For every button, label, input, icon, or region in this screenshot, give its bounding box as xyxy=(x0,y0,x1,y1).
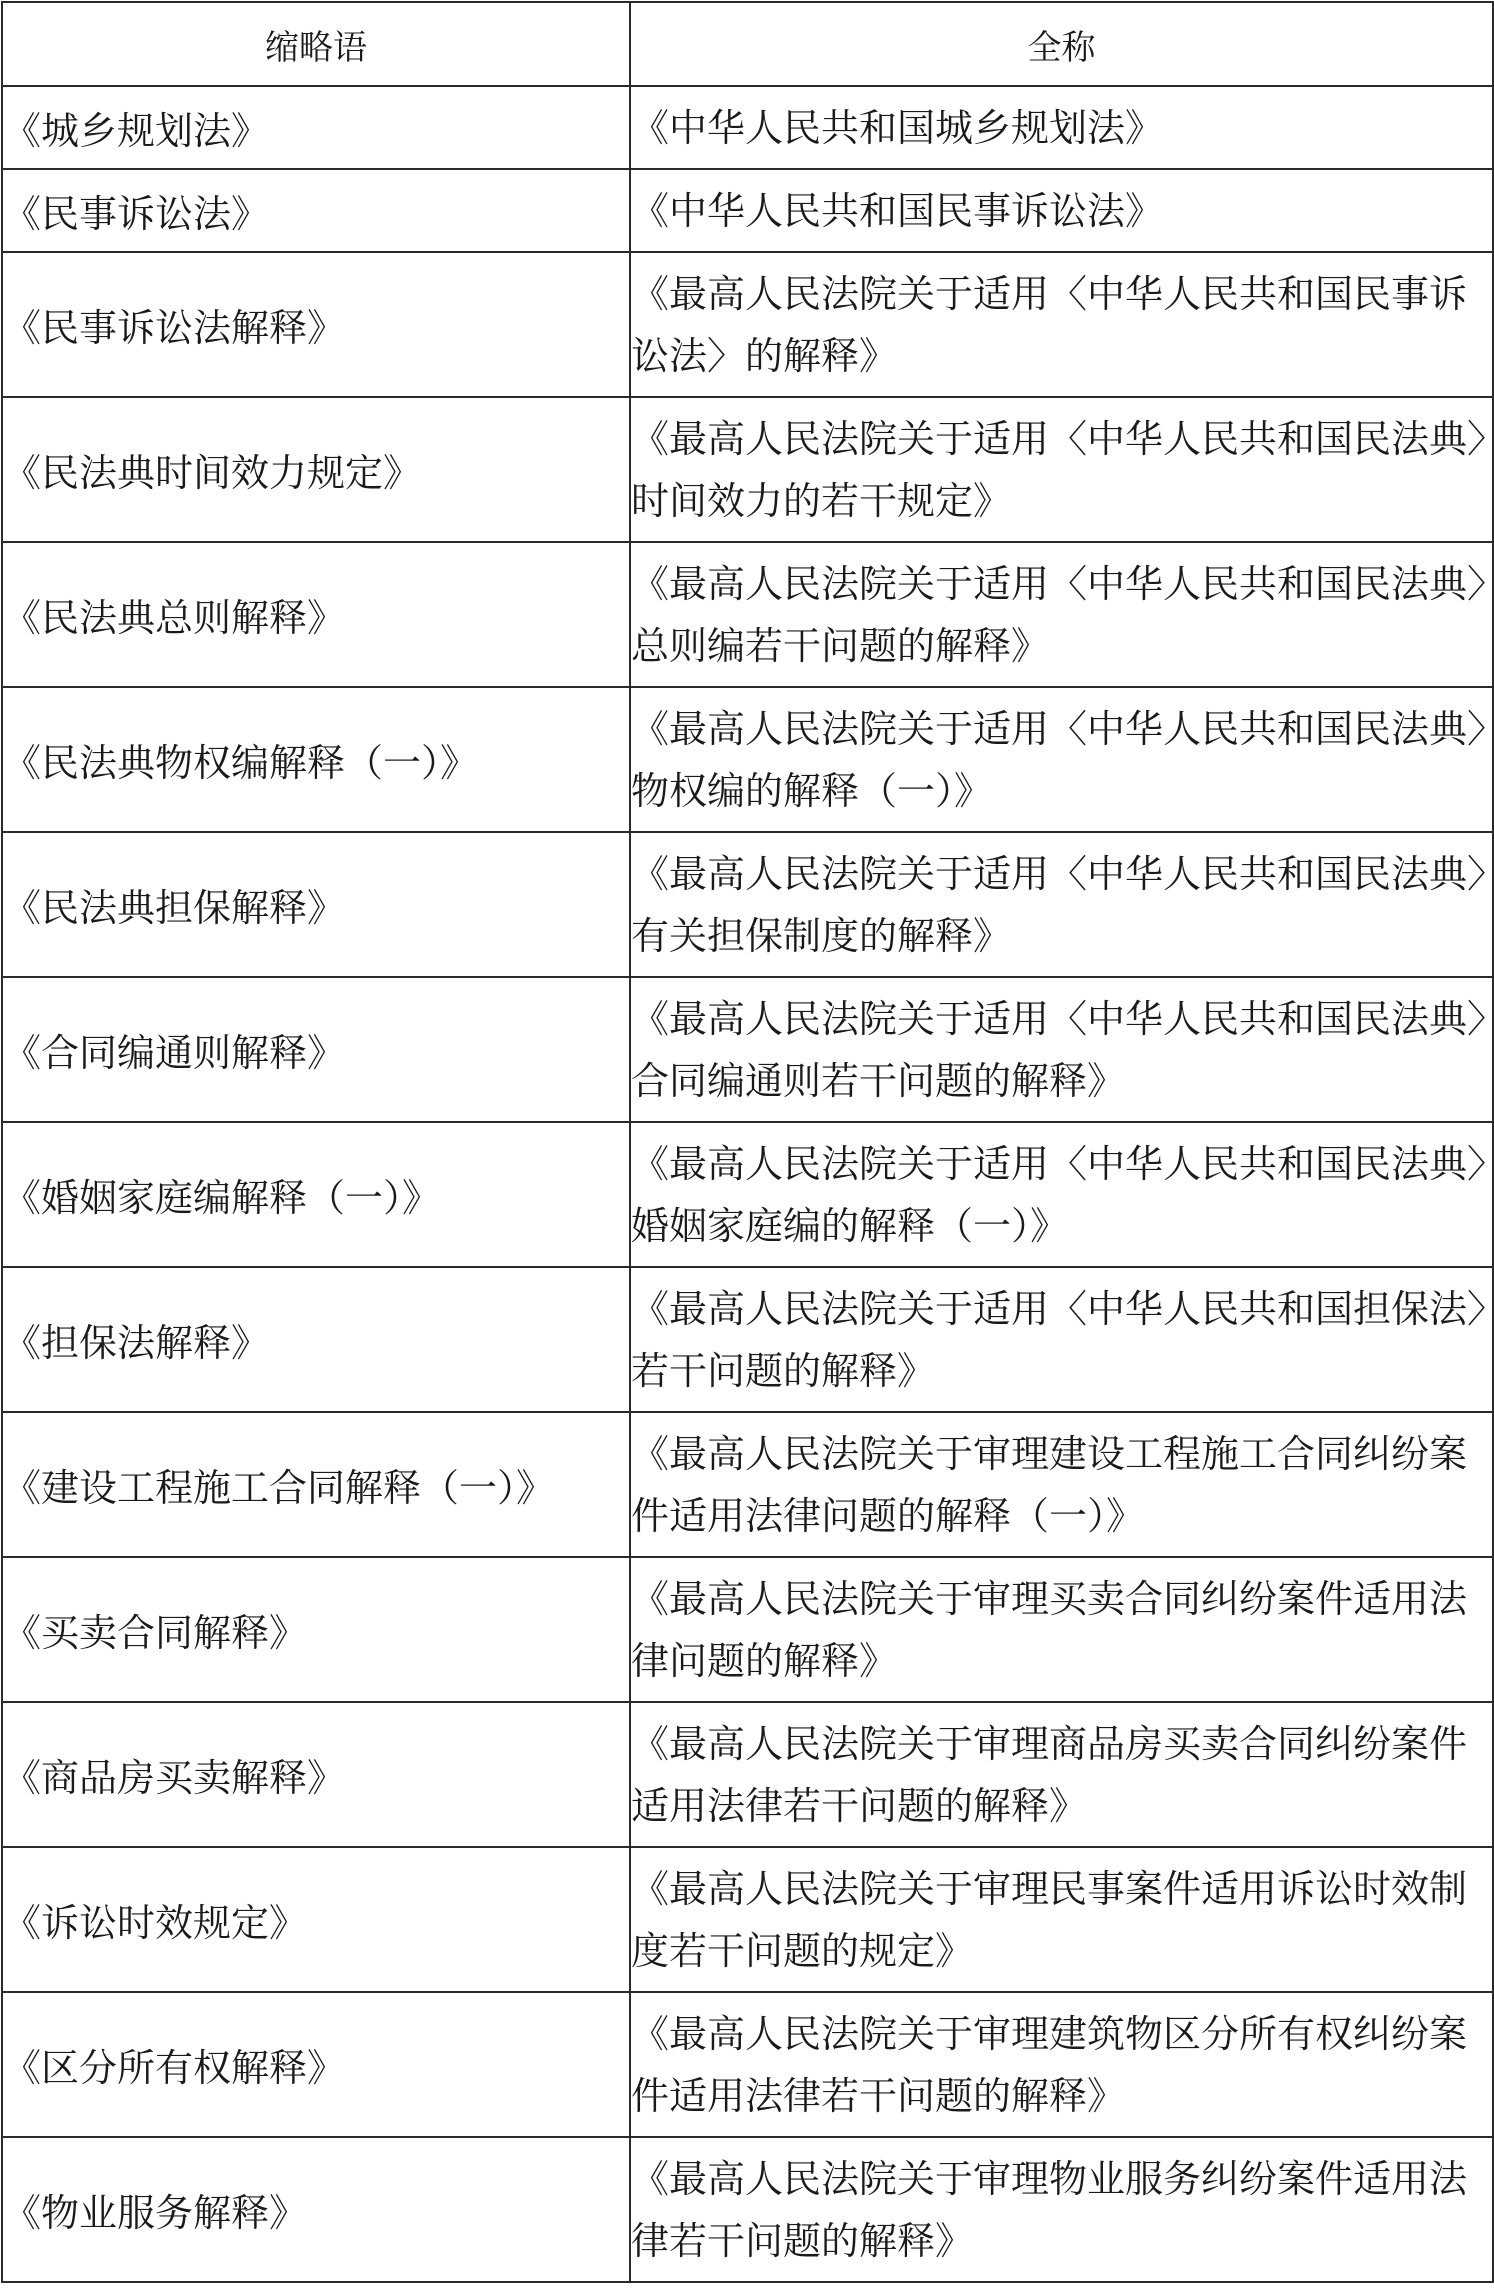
full-name-cell: 《中华人民共和国民事诉讼法》 xyxy=(630,169,1493,252)
full-name-cell: 《最高人民法院关于适用〈中华人民共和国民事诉讼法〉的解释》 xyxy=(630,252,1493,397)
abbreviation-cell: 《建设工程施工合同解释（一）》 xyxy=(2,1412,630,1557)
table-row: 《区分所有权解释》 《最高人民法院关于审理建筑物区分所有权纠纷案件适用法律若干问… xyxy=(2,1992,1493,2137)
abbreviation-cell: 《民法典时间效力规定》 xyxy=(2,397,630,542)
abbreviation-cell: 《物业服务解释》 xyxy=(2,2137,630,2282)
abbreviation-cell: 《民事诉讼法》 xyxy=(2,169,630,252)
table-row: 《民事诉讼法解释》 《最高人民法院关于适用〈中华人民共和国民事诉讼法〉的解释》 xyxy=(2,252,1493,397)
table-row: 《民法典物权编解释（一）》 《最高人民法院关于适用〈中华人民共和国民法典〉物权编… xyxy=(2,687,1493,832)
abbreviation-cell: 《民法典物权编解释（一）》 xyxy=(2,687,630,832)
abbreviation-cell: 《城乡规划法》 xyxy=(2,86,630,169)
table-row: 《买卖合同解释》 《最高人民法院关于审理买卖合同纠纷案件适用法律问题的解释》 xyxy=(2,1557,1493,1702)
full-name-cell: 《最高人民法院关于适用〈中华人民共和国民法典〉有关担保制度的解释》 xyxy=(630,832,1493,977)
abbreviation-table: 缩略语 全称 《城乡规划法》 《中华人民共和国城乡规划法》 《民事诉讼法》 《中… xyxy=(1,1,1494,2283)
table-row: 《建设工程施工合同解释（一）》 《最高人民法院关于审理建设工程施工合同纠纷案件适… xyxy=(2,1412,1493,1557)
table-row: 《合同编通则解释》 《最高人民法院关于适用〈中华人民共和国民法典〉合同编通则若干… xyxy=(2,977,1493,1122)
abbreviation-cell: 《民事诉讼法解释》 xyxy=(2,252,630,397)
abbreviation-cell: 《诉讼时效规定》 xyxy=(2,1847,630,1992)
table-header-row: 缩略语 全称 xyxy=(2,2,1493,86)
full-name-cell: 《最高人民法院关于审理物业服务纠纷案件适用法律若干问题的解释》 xyxy=(630,2137,1493,2282)
full-name-cell: 《最高人民法院关于适用〈中华人民共和国民法典〉婚姻家庭编的解释（一）》 xyxy=(630,1122,1493,1267)
table-row: 《商品房买卖解释》 《最高人民法院关于审理商品房买卖合同纠纷案件适用法律若干问题… xyxy=(2,1702,1493,1847)
table-row: 《民事诉讼法》 《中华人民共和国民事诉讼法》 xyxy=(2,169,1493,252)
full-name-cell: 《最高人民法院关于审理民事案件适用诉讼时效制度若干问题的规定》 xyxy=(630,1847,1493,1992)
abbreviation-cell: 《买卖合同解释》 xyxy=(2,1557,630,1702)
full-name-cell: 《最高人民法院关于审理建筑物区分所有权纠纷案件适用法律若干问题的解释》 xyxy=(630,1992,1493,2137)
full-name-cell: 《最高人民法院关于适用〈中华人民共和国民法典〉总则编若干问题的解释》 xyxy=(630,542,1493,687)
abbreviation-cell: 《区分所有权解释》 xyxy=(2,1992,630,2137)
table-row: 《诉讼时效规定》 《最高人民法院关于审理民事案件适用诉讼时效制度若干问题的规定》 xyxy=(2,1847,1493,1992)
abbreviation-cell: 《担保法解释》 xyxy=(2,1267,630,1412)
abbreviation-cell: 《民法典总则解释》 xyxy=(2,542,630,687)
header-full-name: 全称 xyxy=(630,2,1493,86)
abbreviation-cell: 《婚姻家庭编解释（一）》 xyxy=(2,1122,630,1267)
full-name-cell: 《最高人民法院关于适用〈中华人民共和国民法典〉物权编的解释（一）》 xyxy=(630,687,1493,832)
full-name-cell: 《最高人民法院关于审理买卖合同纠纷案件适用法律问题的解释》 xyxy=(630,1557,1493,1702)
abbreviation-cell: 《民法典担保解释》 xyxy=(2,832,630,977)
table-row: 《民法典时间效力规定》 《最高人民法院关于适用〈中华人民共和国民法典〉时间效力的… xyxy=(2,397,1493,542)
table-row: 《城乡规划法》 《中华人民共和国城乡规划法》 xyxy=(2,86,1493,169)
abbreviation-cell: 《合同编通则解释》 xyxy=(2,977,630,1122)
full-name-cell: 《最高人民法院关于审理建设工程施工合同纠纷案件适用法律问题的解释（一）》 xyxy=(630,1412,1493,1557)
table-row: 《民法典担保解释》 《最高人民法院关于适用〈中华人民共和国民法典〉有关担保制度的… xyxy=(2,832,1493,977)
table-row: 《民法典总则解释》 《最高人民法院关于适用〈中华人民共和国民法典〉总则编若干问题… xyxy=(2,542,1493,687)
abbreviation-cell: 《商品房买卖解释》 xyxy=(2,1702,630,1847)
full-name-cell: 《最高人民法院关于适用〈中华人民共和国民法典〉合同编通则若干问题的解释》 xyxy=(630,977,1493,1122)
full-name-cell: 《最高人民法院关于适用〈中华人民共和国民法典〉时间效力的若干规定》 xyxy=(630,397,1493,542)
full-name-cell: 《最高人民法院关于适用〈中华人民共和国担保法〉若干问题的解释》 xyxy=(630,1267,1493,1412)
header-abbreviation: 缩略语 xyxy=(2,2,630,86)
full-name-cell: 《最高人民法院关于审理商品房买卖合同纠纷案件适用法律若干问题的解释》 xyxy=(630,1702,1493,1847)
table-row: 《物业服务解释》 《最高人民法院关于审理物业服务纠纷案件适用法律若干问题的解释》 xyxy=(2,2137,1493,2282)
full-name-cell: 《中华人民共和国城乡规划法》 xyxy=(630,86,1493,169)
table-row: 《婚姻家庭编解释（一）》 《最高人民法院关于适用〈中华人民共和国民法典〉婚姻家庭… xyxy=(2,1122,1493,1267)
table-row: 《担保法解释》 《最高人民法院关于适用〈中华人民共和国担保法〉若干问题的解释》 xyxy=(2,1267,1493,1412)
